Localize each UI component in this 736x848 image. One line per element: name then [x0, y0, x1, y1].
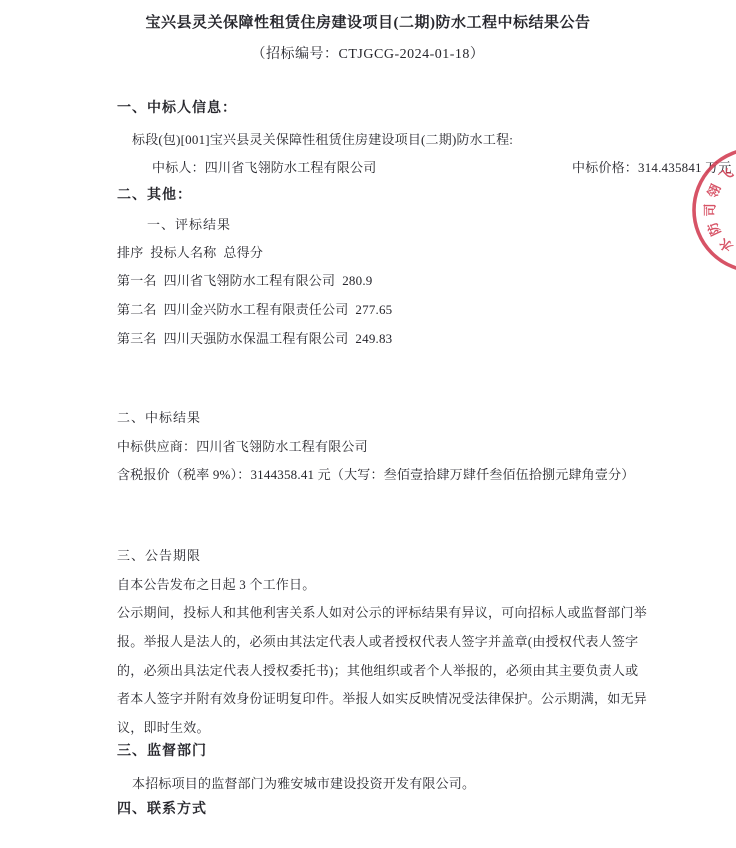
- row-score: 249.83: [355, 331, 392, 346]
- col-total-score: 总得分: [223, 245, 263, 260]
- col-bidder-name: 投标人名称: [150, 245, 216, 260]
- supervision-body: 本招标项目的监督部门为雅安城市建设投资开发有限公司。: [132, 776, 475, 791]
- evaluation-table-header: 排序 投标人名称 总得分: [117, 245, 263, 260]
- table-row: 第一名 四川省飞翎防水工程有限公司 280.9: [117, 273, 372, 288]
- document-page: 宝兴县灵关保障性租赁住房建设项目(二期)防水工程中标结果公告 （招标编号：CTJ…: [0, 0, 736, 848]
- section-heading-contact: 四、联系方式: [117, 802, 207, 817]
- row-bidder: 四川天强防水保温工程有限公司: [164, 331, 349, 346]
- seal-glyph: 翎: [704, 182, 723, 200]
- objection-notice-paragraph: 公示期间，投标人和其他利害关系人如对公示的评标结果有异议，可向招标人或监督部门举…: [117, 599, 629, 743]
- row-rank: 第一名: [117, 273, 157, 288]
- table-row: 第三名 四川天强防水保温工程有限公司 249.83: [117, 331, 392, 346]
- winner-name: 中标人：四川省飞翎防水工程有限公司: [152, 160, 376, 175]
- notice-line: 者本人签字并附有效身份证明复印件。举报人如实反映情况受法律保护。公示期满，如无异: [117, 685, 629, 714]
- row-rank: 第二名: [117, 302, 157, 317]
- supplier-line: 中标供应商：四川省飞翎防水工程有限公司: [117, 439, 368, 454]
- subheading-evaluation-result: 一、评标结果: [147, 217, 231, 232]
- page-subtitle: （招标编号：CTJGCG-2024-01-18）: [0, 47, 736, 62]
- row-bidder: 四川金兴防水工程有限责任公司: [164, 302, 349, 317]
- notice-line: 的，必须出具法定代表人授权委托书)；其他组织或者个人举报的，必须由其主要负责人或: [117, 657, 629, 686]
- row-score: 280.9: [342, 273, 372, 288]
- col-rank: 排序: [117, 245, 143, 260]
- section-heading-supervision: 三、监督部门: [117, 744, 207, 759]
- notice-line: 报。举报人是法人的，必须由其法定代表人或者授权代表人签字并盖章(由授权代表人签字: [117, 628, 629, 657]
- winner-price-line: 中标人：四川省飞翎防水工程有限公司 中标价格：314.435841 万元: [152, 160, 632, 175]
- section-heading-other: 二、其他：: [117, 188, 192, 203]
- seal-glyph: 水: [716, 235, 736, 255]
- seal-glyph: 防: [704, 220, 723, 238]
- notice-line: 公示期间，投标人和其他利害关系人如对公示的评标结果有异议，可向招标人或监督部门举: [117, 599, 629, 628]
- seal-glyph: 司: [703, 203, 718, 216]
- package-line: 标段(包)[001]宝兴县灵关保障性租赁住房建设项目(二期)防水工程:: [132, 132, 513, 147]
- section-heading-winner-info: 一、中标人信息：: [117, 101, 237, 116]
- table-row: 第二名 四川金兴防水工程有限责任公司 277.65: [117, 302, 392, 317]
- row-score: 277.65: [355, 302, 392, 317]
- subheading-award-result: 二、中标结果: [117, 410, 201, 425]
- row-bidder: 四川省飞翎防水工程有限公司: [164, 273, 336, 288]
- row-rank: 第三名: [117, 331, 157, 346]
- notice-line: 议，即时生效。: [117, 714, 629, 743]
- page-title: 宝兴县灵关保障性租赁住房建设项目(二期)防水工程中标结果公告: [0, 16, 736, 31]
- tax-price-line: 含税报价（税率 9%）：3144358.41 元（大写：叁佰壹拾肆万肆仟叁佰伍拾…: [117, 467, 634, 482]
- winner-price: 中标价格：314.435841 万元: [572, 160, 732, 175]
- period-duration-line: 自本公告发布之日起 3 个工作日。: [117, 577, 315, 592]
- subheading-announcement-period: 三、公告期限: [117, 548, 201, 563]
